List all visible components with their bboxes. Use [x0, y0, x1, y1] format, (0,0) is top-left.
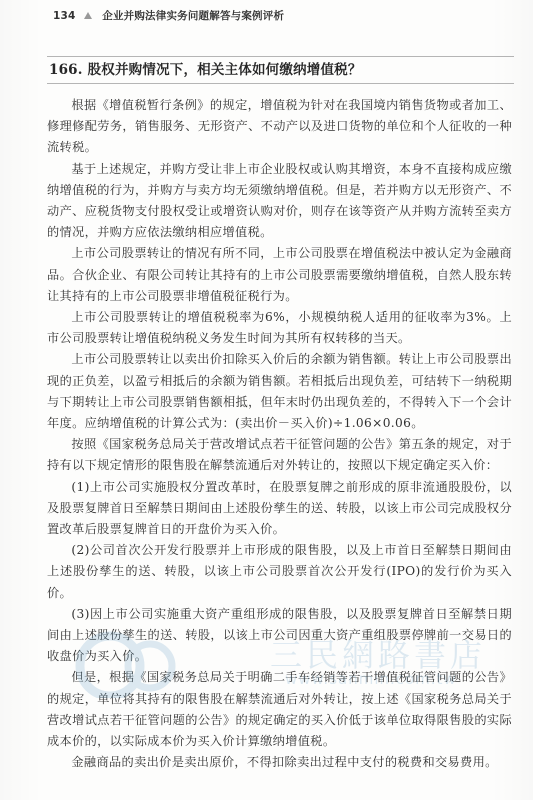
paragraph: 上市公司股票转让的增值税税率为6%，小规模纳税人适用的征收率为3%。上市公司股票…	[47, 307, 512, 349]
page-number: 134	[53, 10, 76, 22]
body-text: 根据《增值税暂行条例》的规定，增值税为针对在我国境内销售货物或者加工、修理修配劳…	[47, 95, 512, 774]
paragraph: 根据《增值税暂行条例》的规定，增值税为针对在我国境内销售货物或者加工、修理修配劳…	[47, 95, 512, 159]
list-item: (2)公司首次公开发行股票并上市形成的限售股，以及上市首日至解禁日期间由上述股份…	[47, 540, 512, 604]
triangle-icon	[84, 12, 92, 19]
book-title: 企业并购法律实务问题解答与案例评析	[102, 10, 284, 22]
book-page: 134 企业并购法律实务问题解答与案例评析 166. 股权并购情况下，相关主体如…	[0, 0, 533, 800]
paragraph: 上市公司股票转让的情况有所不同，上市公司股票在增值税法中被认定为金融商品。合伙企…	[47, 243, 512, 307]
paragraph: 金融商品的卖出价是卖出原价，不得扣除卖出过程中支付的税费和交易费用。	[47, 752, 512, 773]
paragraph: 上市公司股票转让以卖出价扣除买入价后的余额为销售额。转让上市公司股票出现的正负差…	[47, 349, 512, 434]
question-heading-block: 166. 股权并购情况下，相关主体如何缴纳增值税？	[47, 56, 514, 84]
paragraph: 基于上述规定，并购方受让非上市企业股权或认购其增资，本身不直接构成应缴纳增值税的…	[47, 159, 512, 244]
running-header: 134 企业并购法律实务问题解答与案例评析	[53, 8, 284, 23]
list-item: (1)上市公司实施股权分置改革时，在股票复牌之前形成的原非流通股股份，以及股票复…	[47, 477, 512, 541]
paragraph: 按照《国家税务总局关于营改增试点若干征管问题的公告》第五条的规定，对于持有以下规…	[47, 434, 512, 476]
list-item: (3)因上市公司实施重大资产重组形成的限售股，以及股票复牌首日至解禁日期间由上述…	[47, 604, 512, 668]
paragraph: 但是，根据《国家税务总局关于明确二手车经销等若干增值税征管问题的公告》的规定，单…	[47, 667, 512, 752]
question-title: 166. 股权并购情况下，相关主体如何缴纳增值税？	[49, 60, 514, 80]
